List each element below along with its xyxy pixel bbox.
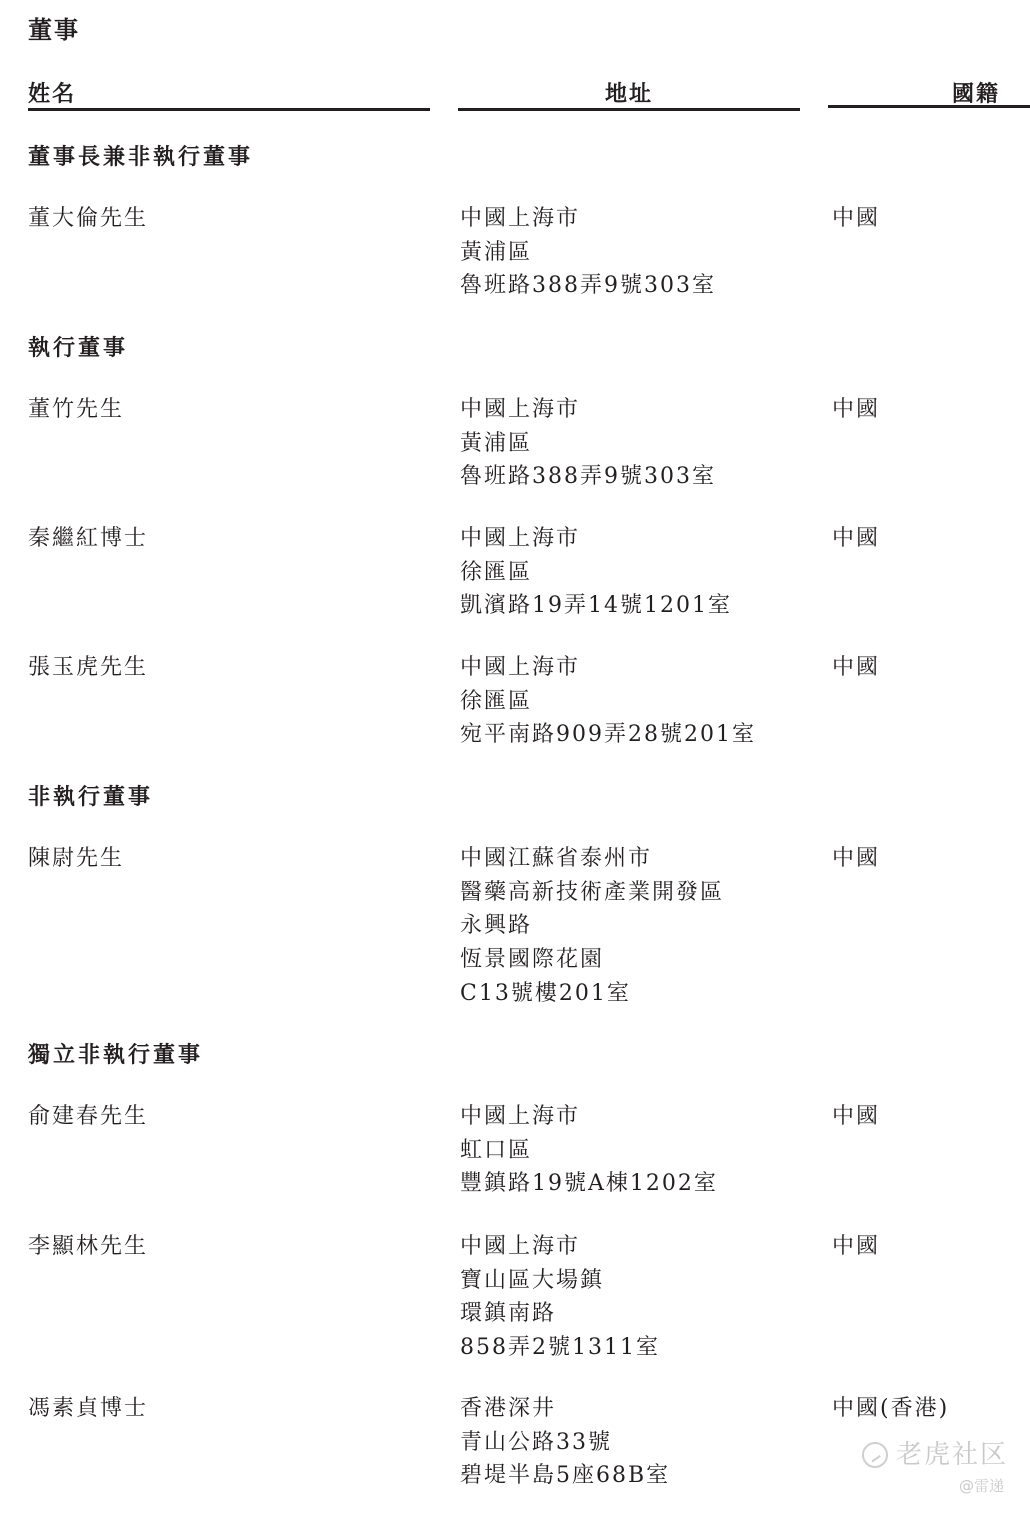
- address-line: 黃浦區: [460, 427, 716, 461]
- director-address: 中國上海市 黃浦區 魯班路388弄9號303室: [460, 202, 716, 303]
- section-title-non-executive: 非執行董事: [28, 782, 153, 812]
- address-line: 中國上海市: [460, 202, 716, 236]
- address-line: 青山公路33號: [460, 1426, 670, 1460]
- address-line: 豐鎮路19號A棟1202室: [460, 1167, 718, 1201]
- column-header-nationality: 國籍: [828, 80, 1030, 108]
- address-line: 858弄2號1311室: [460, 1331, 660, 1365]
- director-nationality: 中國: [832, 842, 880, 876]
- address-line: 中國江蘇省泰州市: [460, 842, 724, 876]
- address-line: 中國上海市: [460, 393, 716, 427]
- address-line: 永興路: [460, 909, 724, 943]
- address-line: 虹口區: [460, 1134, 718, 1168]
- director-address: 中國上海市 徐匯區 宛平南路909弄28號201室: [460, 651, 756, 752]
- director-nationality: 中國: [832, 1100, 880, 1134]
- address-line: 香港深井: [460, 1392, 670, 1426]
- address-line: 宛平南路909弄28號201室: [460, 718, 756, 752]
- director-address: 香港深井 青山公路33號 碧堤半島5座68B室: [460, 1392, 670, 1493]
- watermark: 老虎社区 @雷递: [862, 1438, 1008, 1496]
- watermark-handle: @雷递: [862, 1476, 1008, 1496]
- director-name: 董大倫先生: [28, 202, 148, 236]
- address-line: 魯班路388弄9號303室: [460, 269, 716, 303]
- director-name: 俞建春先生: [28, 1100, 148, 1134]
- address-line: 魯班路388弄9號303室: [460, 460, 716, 494]
- address-line: 凱濱路19弄14號1201室: [460, 589, 732, 623]
- director-name: 李顯林先生: [28, 1230, 148, 1264]
- address-line: 徐匯區: [460, 556, 732, 590]
- director-address: 中國上海市 虹口區 豐鎮路19號A棟1202室: [460, 1100, 718, 1201]
- director-name: 馮素貞博士: [28, 1392, 148, 1426]
- address-line: 黃浦區: [460, 236, 716, 270]
- director-address: 中國上海市 徐匯區 凱濱路19弄14號1201室: [460, 522, 732, 623]
- address-line: 中國上海市: [460, 1230, 660, 1264]
- director-nationality: 中國(香港): [832, 1392, 949, 1426]
- address-line: 中國上海市: [460, 522, 732, 556]
- section-title-independent-non-executive: 獨立非執行董事: [28, 1040, 203, 1070]
- address-line: 中國上海市: [460, 651, 756, 685]
- address-line: 醫藥高新技術產業開發區: [460, 876, 724, 910]
- address-line: 徐匯區: [460, 685, 756, 719]
- section-title-chairman: 董事長兼非執行董事: [28, 142, 253, 172]
- director-name: 陳尉先生: [28, 842, 124, 876]
- page-title: 董事: [28, 14, 80, 46]
- address-line: 碧堤半島5座68B室: [460, 1459, 670, 1493]
- section-title-executive: 執行董事: [28, 333, 128, 363]
- address-line: 恆景國際花園: [460, 943, 724, 977]
- address-line: 環鎮南路: [460, 1297, 660, 1331]
- director-nationality: 中國: [832, 393, 880, 427]
- director-nationality: 中國: [832, 651, 880, 685]
- director-address: 中國上海市 黃浦區 魯班路388弄9號303室: [460, 393, 716, 494]
- tiger-logo-icon: [862, 1442, 888, 1468]
- director-name: 秦繼紅博士: [28, 522, 148, 556]
- director-name: 董竹先生: [28, 393, 124, 427]
- address-line: 中國上海市: [460, 1100, 718, 1134]
- address-line: 寶山區大場鎮: [460, 1264, 660, 1298]
- director-address: 中國江蘇省泰州市 醫藥高新技術產業開發區 永興路 恆景國際花園 C13號樓201…: [460, 842, 724, 1011]
- address-line: C13號樓201室: [460, 977, 724, 1011]
- director-nationality: 中國: [832, 1230, 880, 1264]
- director-address: 中國上海市 寶山區大場鎮 環鎮南路 858弄2號1311室: [460, 1230, 660, 1365]
- director-name: 張玉虎先生: [28, 651, 148, 685]
- director-nationality: 中國: [832, 522, 880, 556]
- column-header-address: 地址: [458, 80, 800, 111]
- watermark-brand-row: 老虎社区: [862, 1438, 1008, 1472]
- column-header-name: 姓名: [28, 80, 430, 111]
- director-nationality: 中國: [832, 202, 880, 236]
- watermark-brand: 老虎社区: [896, 1438, 1008, 1472]
